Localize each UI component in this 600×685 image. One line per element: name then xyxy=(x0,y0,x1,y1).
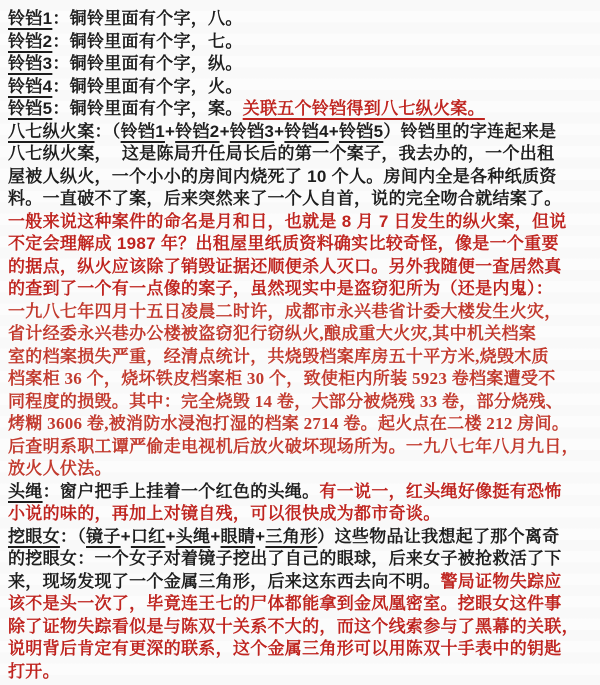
text-line: 同程度的损毁。其中：完全烧毁 14 卷，大部分被烧残 33 卷，部分烧残、 xyxy=(8,391,594,414)
text-segment: + xyxy=(165,527,175,546)
text-line: 料。一直破不了案，后来突然来了一个人自首，说的完全吻合就结案了。 xyxy=(8,188,594,211)
text-line: 铃铛2：铜铃里面有个字，七。 xyxy=(8,31,594,54)
text-segment: 有一说一，红头绳好像挺有恐怖 xyxy=(319,482,561,501)
text-segment: 后查明系职工谭严偷走电视机后放火破坏现场所为。一九八七年八月九日， xyxy=(8,437,579,456)
text-segment: 的挖眼女：一个女子对着镜子挖出了自己的眼球，后来女子被抢救活了下 xyxy=(8,549,562,568)
text-segment: 铃铛2 xyxy=(175,122,219,141)
text-segment: 铃铛4 xyxy=(8,77,52,96)
text-segment: 的查到了一个有一点像的案子，虽然现实中是盗窃犯所为（还是内鬼）： xyxy=(8,279,553,298)
text-segment: 铃铛4 xyxy=(284,122,328,141)
text-segment: 除了证物失踪看似是与陈双十关系不大的，而这个线索参与了黑幕的关联， xyxy=(8,617,579,636)
text-segment: 头绳 xyxy=(8,482,43,501)
text-segment: ）这些物品让我想起了那个离奇 xyxy=(317,527,559,546)
text-segment: + xyxy=(274,122,284,141)
text-segment: 烤糊 3606 卷,被消防水浸泡打湿的档案 2714 卷。起火点在二楼 212 … xyxy=(8,414,569,433)
text-line: 铃铛1：铜铃里面有个字，八。 xyxy=(8,8,594,31)
text-line: 一般来说这种案件的命名是月和日，也就是 8 月 7 日发生的纵火案，但说 xyxy=(8,211,594,234)
text-segment: ：铜铃里面有个字，七。 xyxy=(52,32,242,51)
text-line: 除了证物失踪看似是与陈双十关系不大的，而这个线索参与了黑幕的关联， xyxy=(8,616,594,639)
text-segment: ：铜铃里面有个字，纵。 xyxy=(52,54,242,73)
text-segment: 省计经委永兴巷办公楼被盗窃犯行窃纵火,酿成重大火灾,其中机关档案 xyxy=(8,324,536,343)
text-segment: 铃铛5 xyxy=(8,99,52,118)
document-text: 铃铛1：铜铃里面有个字，八。铃铛2：铜铃里面有个字，七。铃铛3：铜铃里面有个字，… xyxy=(8,8,594,683)
text-line: 打开。 xyxy=(8,661,594,684)
text-line: 室的档案损失严重，经清点统计，共烧毁档案库房五十平方米,烧毁木质 xyxy=(8,346,594,369)
text-segment: + xyxy=(210,527,220,546)
text-line: 八七纵火案， 这是陈局升任局长后的第一个案子，我去办的，一个出租 xyxy=(8,143,594,166)
text-segment: 八七纵火案， 这是陈局升任局长后的第一个案子，我去办的，一个出租 xyxy=(8,144,554,163)
text-line: 放火人伏法。 xyxy=(8,458,594,481)
text-segment: 同程度的损毁。其中：完全烧毁 14 卷，大部分被烧残 33 卷，部分烧残、 xyxy=(8,392,563,411)
text-segment: ：铜铃里面有个字，火。 xyxy=(52,77,242,96)
text-segment: ：（ xyxy=(95,122,121,141)
text-segment: 警局证物失踪应 xyxy=(441,572,562,591)
text-line: 头绳：窗户把手上挂着一个红色的头绳。有一说一，红头绳好像挺有恐怖 xyxy=(8,481,594,504)
text-segment: 镜子 xyxy=(86,527,121,546)
text-segment: 一九八七年四月十五日凌晨二时许，成都市永兴巷省计委大楼发生火灾， xyxy=(8,302,562,321)
text-line: 来，现场发现了一个金属三角形，后来这东西去向不明。警局证物失踪应 xyxy=(8,571,594,594)
text-line: 说明背后肯定有更深的联系，这个金属三角形可以用陈双十手表中的钥匙 xyxy=(8,638,594,661)
text-segment: 料。一直破不了案，后来突然来了一个人自首，说的完全吻合就结案了。 xyxy=(8,189,562,208)
text-segment: 关联五个铃铛得到八七纵火案。 xyxy=(243,99,485,118)
text-line: 一九八七年四月十五日凌晨二时许，成都市永兴巷省计委大楼发生火灾， xyxy=(8,301,594,324)
text-segment: 铃铛1 xyxy=(121,122,165,141)
text-segment: + xyxy=(121,527,131,546)
text-segment: ：（ xyxy=(60,527,86,546)
text-segment: 铃铛1 xyxy=(8,9,52,28)
text-line: 屋被人纵火，一个小小的房间内烧死了 10 个人。房间内全是各种纸质资 xyxy=(8,166,594,189)
text-segment: + xyxy=(220,122,230,141)
text-segment: + xyxy=(255,527,265,546)
text-segment: ：铜铃里面有个字，八。 xyxy=(52,9,242,28)
text-line: 的挖眼女：一个女子对着镜子挖出了自己的眼球，后来女子被抢救活了下 xyxy=(8,548,594,571)
text-segment: 屋被人纵火，一个小小的房间内烧死了 10 个人。房间内全是各种纸质资 xyxy=(8,167,557,186)
text-segment: ）铃铛里的字连起来是 xyxy=(383,122,556,141)
text-line: 铃铛4：铜铃里面有个字，火。 xyxy=(8,76,594,99)
text-segment: 不定会理解成 1987 年？出租屋里纸质资料确实比较奇怪，像是一个重要 xyxy=(8,234,559,253)
text-line: 省计经委永兴巷办公楼被盗窃犯行窃纵火,酿成重大火灾,其中机关档案 xyxy=(8,323,594,346)
text-line: 八七纵火案：（铃铛1+铃铛2+铃铛3+铃铛4+铃铛5）铃铛里的字连起来是 xyxy=(8,121,594,144)
text-segment: 铃铛3 xyxy=(230,122,274,141)
text-line: 的查到了一个有一点像的案子，虽然现实中是盗窃犯所为（还是内鬼）： xyxy=(8,278,594,301)
text-line: 小说的味的，再加上对镜自残，可以很快成为都市奇谈。 xyxy=(8,503,594,526)
text-segment: + xyxy=(329,122,339,141)
text-segment: 放火人伏法。 xyxy=(8,459,112,478)
text-segment: 挖眼女 xyxy=(8,527,60,546)
text-line: 不定会理解成 1987 年？出租屋里纸质资料确实比较奇怪，像是一个重要 xyxy=(8,233,594,256)
text-segment: + xyxy=(165,122,175,141)
text-segment: 来，现场发现了一个金属三角形，后来这东西去向不明。 xyxy=(8,572,441,591)
text-segment: 小说的味的，再加上对镜自残，可以很快成为都市奇谈。 xyxy=(8,504,441,523)
text-line: 档案柜 36 个，烧坏铁皮档案柜 30 个，致使柜内所装 5923 卷档案遭受不 xyxy=(8,368,594,391)
text-segment: 室的档案损失严重，经清点统计，共烧毁档案库房五十平方米,烧毁木质 xyxy=(8,347,549,366)
text-segment: 的据点，纵火应该除了销毁证据还顺便杀人灭口。另外我随便一查居然真 xyxy=(8,257,562,276)
text-line: 后查明系职工谭严偷走电视机后放火破坏现场所为。一九八七年八月九日， xyxy=(8,436,594,459)
text-segment: ：窗户把手上挂着一个红色的头绳。 xyxy=(43,482,320,501)
text-segment: 说明背后肯定有更深的联系，这个金属三角形可以用陈双十手表中的钥匙 xyxy=(8,639,562,658)
text-line: 挖眼女：（镜子+口红+头绳+眼睛+三角形）这些物品让我想起了那个离奇 xyxy=(8,526,594,549)
text-segment: 铃铛2 xyxy=(8,32,52,51)
document-page: 铃铛1：铜铃里面有个字，八。铃铛2：铜铃里面有个字，七。铃铛3：铜铃里面有个字，… xyxy=(0,0,600,685)
text-segment: 打开。 xyxy=(8,662,60,681)
text-line: 烤糊 3606 卷,被消防水浸泡打湿的档案 2714 卷。起火点在二楼 212 … xyxy=(8,413,594,436)
text-segment: 八七纵火案 xyxy=(8,122,95,141)
text-segment: 铃铛5 xyxy=(339,122,383,141)
text-segment: 档案柜 36 个，烧坏铁皮档案柜 30 个，致使柜内所装 5923 卷档案遭受不 xyxy=(8,369,556,388)
text-line: 该不是头一次了，毕竟连王七的尸体都能拿到金凤凰密室。挖眼女这件事 xyxy=(8,593,594,616)
text-segment: 铃铛3 xyxy=(8,54,52,73)
text-segment: ：铜铃里面有个字，案。 xyxy=(52,99,242,118)
text-segment: 一般来说这种案件的命名是月和日，也就是 8 月 7 日发生的纵火案，但说 xyxy=(8,212,567,231)
text-segment: 三角形 xyxy=(265,527,317,546)
text-segment: 该不是头一次了，毕竟连王七的尸体都能拿到金凤凰密室。挖眼女这件事 xyxy=(8,594,562,613)
text-segment: 头绳 xyxy=(176,527,211,546)
text-line: 铃铛3：铜铃里面有个字，纵。 xyxy=(8,53,594,76)
text-line: 的据点，纵火应该除了销毁证据还顺便杀人灭口。另外我随便一查居然真 xyxy=(8,256,594,279)
text-line: 铃铛5：铜铃里面有个字，案。关联五个铃铛得到八七纵火案。 xyxy=(8,98,594,121)
text-segment: 眼睛 xyxy=(221,527,256,546)
text-segment: 口红 xyxy=(131,527,166,546)
